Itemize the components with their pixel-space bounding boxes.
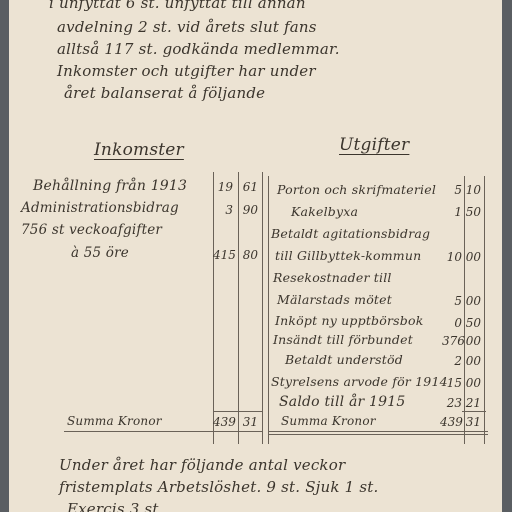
expense-row-label: Resekostnader till — [273, 270, 392, 285]
expense-row-kr: 0 — [446, 316, 462, 330]
expense-row-ore: 21 — [465, 396, 481, 410]
intro-line-3: alltså 117 st. godkända medlemmar. — [57, 40, 340, 58]
expense-row-ore: 10 — [465, 183, 481, 197]
intro-line-1: i unfyttat 6 st. unfyttat till annan — [49, 0, 306, 12]
intro-line-5: året balanserat å följande — [64, 84, 265, 102]
income-row-ore: 80 — [238, 248, 258, 262]
expenses-heading: Utgifter — [339, 135, 409, 155]
income-row-kr: 19 — [213, 180, 233, 194]
expense-row-ore: 00 — [465, 354, 481, 368]
expense-row-ore: 00 — [465, 376, 481, 390]
intro-line-2: avdelning 2 st. vid årets slut fans — [57, 18, 317, 36]
expense-row-label: till Gillbyttek-kommun — [275, 248, 421, 263]
expense-row-kr: 376 — [442, 334, 462, 348]
intro-line-4: Inkomster och utgifter har under — [57, 62, 316, 80]
expense-row-ore: 00 — [465, 334, 481, 348]
income-row-kr: 415 — [213, 248, 233, 262]
expense-row-ore: 50 — [465, 316, 481, 330]
income-heading: Inkomster — [94, 140, 184, 160]
income-row-label: à 55 öre — [71, 245, 129, 261]
expenses-total-rule-bottom — [268, 431, 488, 432]
outro-line-2: fristemplats Arbetslöshet. 9 st. Sjuk 1 … — [59, 478, 378, 496]
income-total-rule-bottom — [64, 431, 262, 432]
expense-row-ore: 00 — [465, 294, 481, 308]
income-right-border — [262, 172, 263, 444]
income-row-label: Administrationsbidrag — [21, 200, 179, 216]
expenses-total-kr: 439 — [440, 415, 462, 429]
income-row-kr: 3 — [213, 203, 233, 217]
expense-row-kr: 10 — [446, 250, 462, 264]
expenses-total-rule-double — [268, 434, 488, 435]
expense-row-ore: 00 — [465, 250, 481, 264]
expense-row-ore: 50 — [465, 205, 481, 219]
income-total-rule-top — [213, 411, 262, 412]
expense-row-kr: 5 — [446, 183, 462, 197]
expense-row-kr: 2 — [446, 354, 462, 368]
expense-row-kr: 15 — [446, 376, 462, 390]
document-page: i unfyttat 6 st. unfyttat till annan avd… — [9, 0, 502, 512]
expense-row-label: Porton och skrifmateriel — [277, 182, 436, 197]
income-row-label: Behållning från 1913 — [33, 178, 187, 194]
income-row-label: 756 st veckoafgifter — [21, 222, 162, 238]
income-row-ore: 61 — [238, 180, 258, 194]
expense-row-label: Styrelsens arvode för 1914 — [271, 374, 448, 389]
expense-row-label: Saldo till år 1915 — [279, 394, 405, 410]
expense-row-label: Mälarstads mötet — [277, 292, 392, 307]
outro-line-3: Exercis 3 st. — [67, 500, 164, 512]
expenses-left-border — [268, 176, 269, 444]
income-total-label: Summa Kronor — [67, 414, 162, 428]
expense-row-kr: 5 — [446, 294, 462, 308]
expenses-ore-divider — [484, 176, 485, 444]
income-total-kr: 439 — [213, 415, 235, 429]
expense-row-kr: 1 — [446, 205, 462, 219]
expenses-total-label: Summa Kronor — [281, 414, 376, 428]
expense-row-label: Betaldt agitationsbidrag — [271, 226, 430, 241]
expenses-total-ore: 31 — [465, 415, 481, 429]
expense-row-label: Inköpt ny upptbörsbok — [275, 313, 423, 328]
outro-line-1: Under året har följande antal veckor — [59, 456, 345, 474]
expense-row-label: Kakelbyxa — [291, 204, 358, 219]
income-total-ore: 31 — [238, 415, 258, 429]
expense-row-label: Insändt till förbundet — [273, 332, 413, 347]
income-row-ore: 90 — [238, 203, 258, 217]
expenses-total-rule-top — [462, 411, 486, 412]
expense-row-label: Betaldt understöd — [285, 352, 403, 367]
expense-row-kr: 23 — [446, 396, 462, 410]
